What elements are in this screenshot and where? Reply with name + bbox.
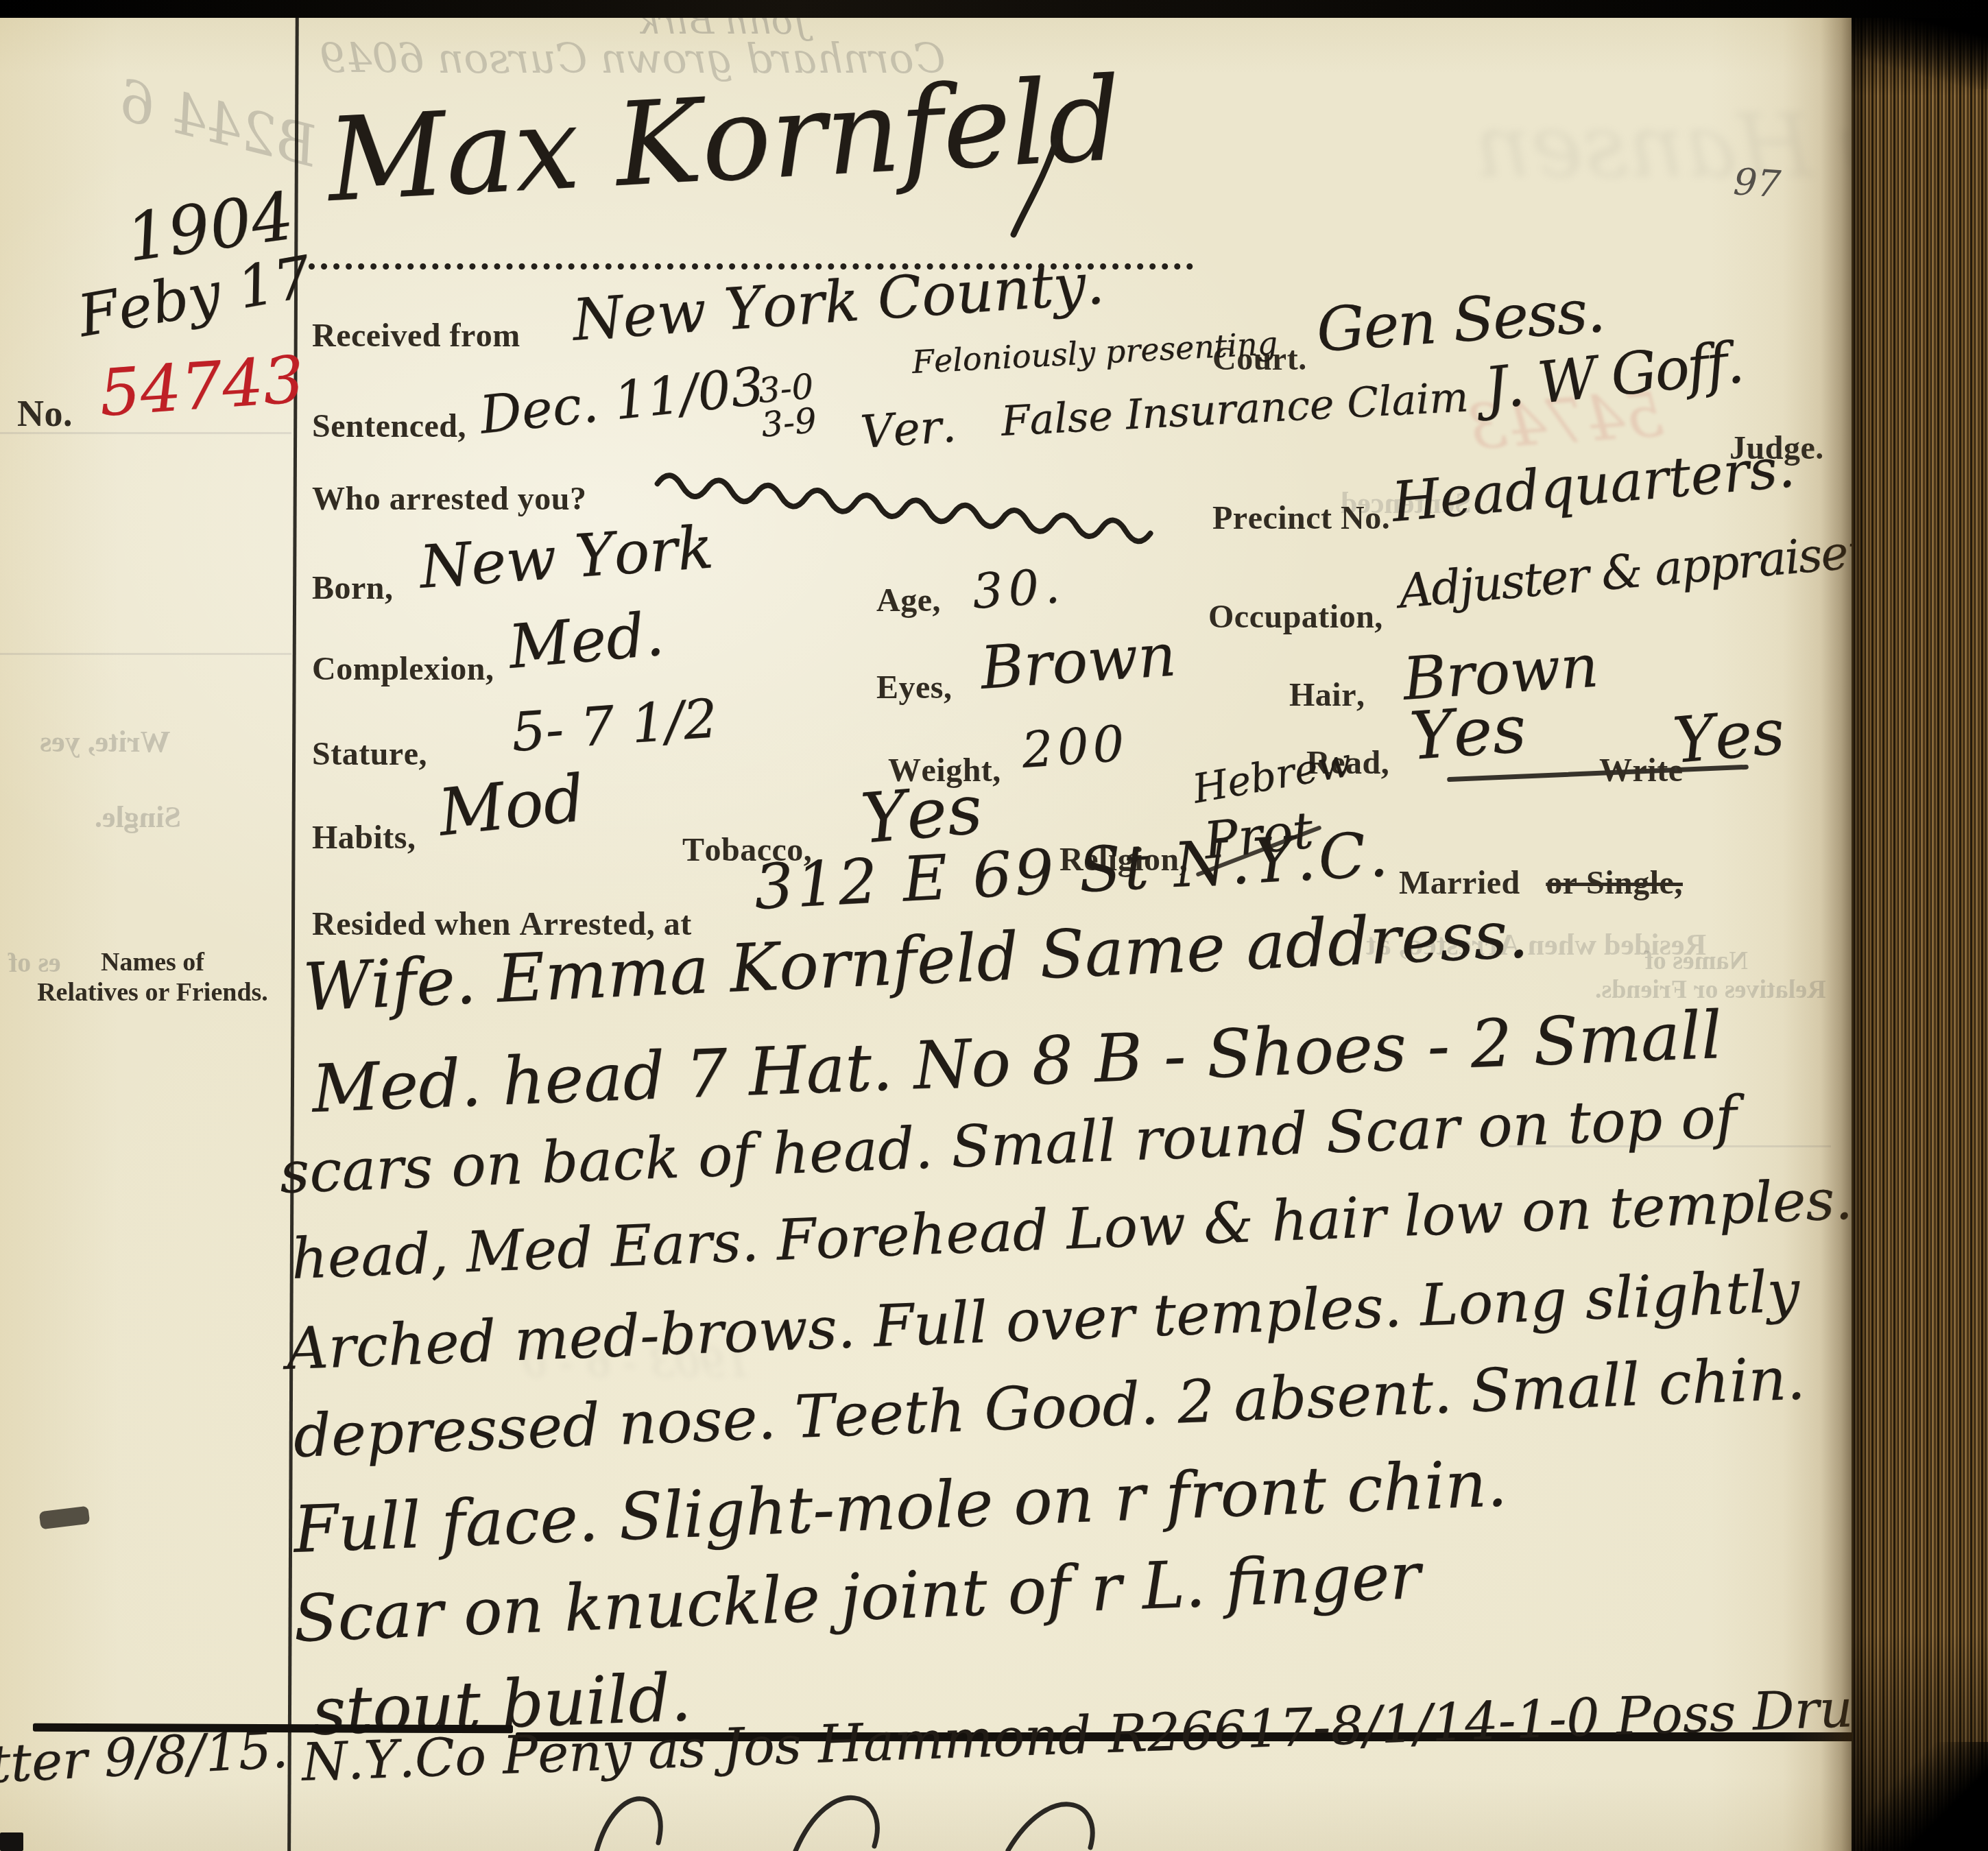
pen-stroke-mark	[1003, 137, 1064, 240]
bleedthrough-text: Write, yes	[40, 727, 171, 757]
photo-top-edge	[0, 0, 1988, 18]
age-label: Age,	[876, 582, 941, 619]
fore-edge-bottom-shadow	[1865, 1742, 1988, 1851]
page-edge-shadow	[1783, 0, 1852, 1851]
verdict-abbrev: Ver.	[859, 403, 958, 455]
book-fore-edge	[1852, 0, 1988, 1851]
occupation-label: Occupation,	[1208, 598, 1383, 636]
ledger-page: John BirkCornhard grown Curson 6049B244 …	[0, 0, 1988, 1851]
relatives-label-line1: Names of	[34, 948, 271, 978]
sentenced-label: Sentenced,	[312, 407, 466, 445]
received-from-label: Received from	[312, 317, 520, 355]
relatives-label: Names of Relatives or Friends.	[34, 948, 271, 1007]
marital-married: Married	[1399, 865, 1520, 901]
age-value: 30.	[971, 562, 1067, 616]
religion-correction: Hebrew	[1190, 742, 1354, 809]
sentence-term-max: 3-9	[760, 403, 818, 442]
resided-value: 312 E 69 St N.Y.C.	[753, 824, 1393, 919]
bleedthrough-text: Single.	[95, 802, 181, 833]
read-value: Yes	[1408, 695, 1529, 769]
page-number: 97	[1732, 163, 1782, 204]
bleedthrough-text: Names of	[1644, 948, 1748, 974]
born-value: New York	[418, 518, 715, 597]
precinct-label: Precinct No.	[1212, 499, 1390, 537]
habits-value: Mod	[435, 767, 588, 846]
page-corner-shadow	[0, 1832, 23, 1851]
crime-line2: False Insurance Claim	[1000, 377, 1469, 442]
marital-or-single-struck: or Single,	[1546, 865, 1683, 901]
sentence-term: 3-0 3-9	[757, 369, 818, 442]
bleedthrough-text: B244 6	[112, 73, 322, 176]
inmate-number: 54743	[97, 348, 307, 427]
habits-label: Habits,	[312, 819, 416, 857]
precinct-value: Headquarters.	[1390, 440, 1797, 530]
complexion-label: Complexion,	[312, 650, 494, 688]
hair-label: Hair,	[1289, 676, 1365, 714]
stature-label: Stature,	[312, 735, 427, 773]
margin-bottom-note: tter 9/8/15.	[0, 1723, 289, 1791]
ink-smudge	[39, 1506, 91, 1530]
sentence-date: Dec. 11/03	[477, 360, 766, 442]
who-arrested-label: Who arrested you?	[312, 480, 586, 518]
number-label: No.	[17, 392, 73, 435]
write-label: Write	[1599, 752, 1683, 789]
relatives-label-line2: Relatives or Friends.	[34, 978, 271, 1008]
margin-date: Feby 17	[74, 248, 315, 345]
eyes-value: Brown	[979, 625, 1177, 698]
stature-value: 5- 7 1/2	[510, 692, 719, 760]
complexion-value: Med.	[506, 604, 666, 677]
cutoff-handwriting-mark	[569, 1791, 1221, 1851]
marital-label: Married or Single,	[1399, 864, 1683, 902]
born-label: Born,	[312, 569, 394, 607]
write-value: Yes	[1670, 700, 1787, 773]
eyes-label: Eyes,	[876, 669, 953, 706]
scribble-mark	[651, 470, 1194, 555]
bleedthrough-rule	[0, 653, 291, 655]
weight-value: 200	[1020, 718, 1129, 775]
